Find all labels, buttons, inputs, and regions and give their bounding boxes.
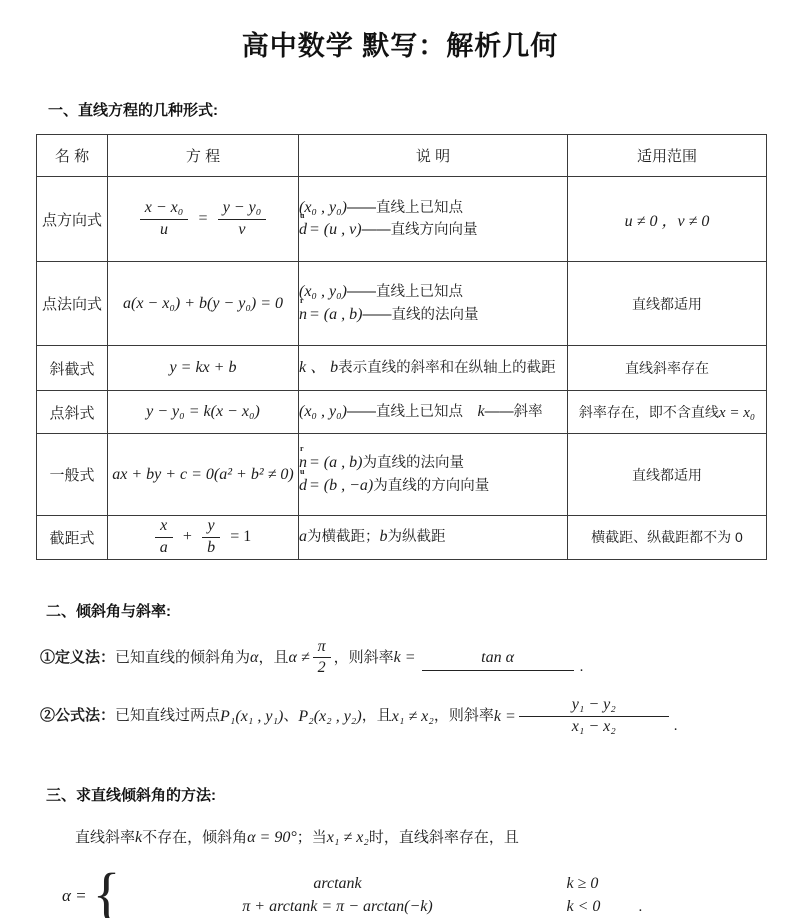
vector-arrow-mark: u [300, 468, 304, 476]
formula-method-line: ②公式法：已知直线过两点P₁(x₁ , y₁)、P₂(x₂ , y₂)，且x₁ … [40, 695, 800, 738]
period: . [674, 714, 678, 738]
fraction: y b [202, 516, 220, 559]
fraction: x a [155, 516, 173, 559]
fraction-numerator: π [313, 637, 331, 659]
table-row: 一般式 ax + by + c = 0(a² + b² ≠ 0) rn= (a … [37, 434, 767, 516]
math-text: = (a , b) [309, 306, 362, 323]
row-equation: x − x₀ u = y − y₀ v [108, 177, 299, 262]
math-text: x₁ ≠ x₂ [392, 704, 434, 730]
row-name: 点斜式 [37, 391, 108, 434]
fraction-numerator: x [155, 516, 173, 538]
fraction-numerator: x − x₀ [140, 198, 189, 220]
cn-text: ——直线方向向量 [362, 222, 478, 238]
table-row: 截距式 x a + y b = 1 a为横截距；b为纵截距 [37, 516, 767, 560]
row-explanation: (x₀ , y₀)——直线上已知点 rn= (a , b)——直线的法向量 [299, 262, 568, 346]
row-scope: 直线都适用 [568, 262, 767, 346]
math-text: k [135, 825, 142, 851]
section3-heading: 三、求直线倾斜角的方法: [46, 784, 800, 805]
cn-text: 、 [283, 704, 298, 728]
row-scope: 斜率存在，即不含直线x = x₀ [568, 391, 767, 434]
equation-text: a(x − x₀) + b(y − y₀) = 0 [123, 295, 283, 312]
vector-symbol: rn [299, 304, 307, 326]
math-text: P₁(x₁ , y₁) [220, 704, 283, 730]
math-text: (x₀ , y₀) [299, 403, 347, 420]
fraction-blank: y₁ − y₂x₁ − x₂ [519, 695, 669, 738]
section1-heading: 一、直线方程的几种形式: [48, 99, 800, 120]
page-title: 高中数学 默写：解析几何 [0, 0, 800, 63]
explanation-line: (x₀ , y₀)——直线上已知点 [299, 197, 567, 219]
fraction-numerator: y [202, 516, 220, 538]
explanation-lines: (x₀ , y₀)——直线上已知点 k——斜率 [299, 401, 567, 423]
vector-letter: n [299, 306, 307, 323]
math-text: k [477, 403, 484, 420]
cn-text: ，且 [258, 646, 288, 670]
math-text: P₂(x₂ , y₂) [298, 704, 361, 730]
fraction-denominator: a [155, 538, 173, 559]
document-page: 高中数学 默写：解析几何 一、直线方程的几种形式: 名 称 方 程 说 明 适用… [0, 0, 800, 918]
cn-text: ——直线上已知点 [347, 284, 463, 300]
scope-text: 直线都适用 [632, 296, 702, 312]
scope-text: 直线斜率存在 [625, 360, 709, 376]
fraction: π2 [313, 637, 331, 680]
explanation-lines: a为横截距；b为纵截距 [299, 526, 567, 548]
scope-text: u ≠ 0 ，v ≠ 0 [625, 213, 710, 230]
vector-arrow-mark: r [300, 445, 304, 453]
cn-text: 为纵截距 [388, 529, 446, 545]
row-equation: ax + by + c = 0(a² + b² ≠ 0) [108, 434, 299, 516]
scope-math: x = x₀ [719, 405, 755, 421]
table-header-row: 名 称 方 程 说 明 适用范围 [37, 135, 767, 177]
vector-arrow-mark: r [300, 297, 304, 305]
cn-text: 为直线的方向向量 [373, 478, 489, 494]
explanation-line: ud= (u , v)——直线方向向量 [299, 219, 567, 241]
math-text: x₁ ≠ x₂ [327, 825, 369, 851]
row-scope: 直线斜率存在 [568, 346, 767, 391]
row-equation: y = kx + b [108, 346, 299, 391]
col-header-scope: 适用范围 [568, 135, 767, 177]
period: . [639, 899, 643, 916]
cn-text: ；当 [297, 826, 327, 850]
math-text: α [250, 645, 258, 671]
formula-method-label: ②公式法： [40, 704, 115, 728]
row-explanation: a为横截距；b为纵截距 [299, 516, 568, 560]
case-rows: arctank k ≥ 0 π + arctank = π − arctan(−… [123, 875, 643, 916]
cn-text: ，则斜率 [334, 646, 394, 670]
vector-arrow-mark: u [300, 212, 304, 220]
explanation-line: rn= (a , b)——直线的法向量 [299, 304, 567, 326]
case2-condition: k < 0 [567, 898, 637, 916]
row-equation: y − y₀ = k(x − x₀) [108, 391, 299, 434]
math-text: k 、 b [299, 359, 338, 376]
row-equation: a(x − x₀) + b(y − y₀) = 0 [108, 262, 299, 346]
table-row: 斜截式 y = kx + b k 、 b表示直线的斜率和在纵轴上的截距 直线斜率… [37, 346, 767, 391]
row-name: 一般式 [37, 434, 108, 516]
cn-text: 表示直线的斜率和在纵轴上的截距 [338, 360, 556, 376]
equation-text: y = kx + b [170, 359, 237, 376]
cn-text: ——斜率 [485, 404, 543, 420]
case1-condition: k ≥ 0 [567, 875, 637, 893]
row-scope: u ≠ 0 ，v ≠ 0 [568, 177, 767, 262]
vector-letter: d [299, 221, 307, 238]
piecewise-formula: α = { arctank k ≥ 0 π + arctank = π − ar… [62, 866, 800, 918]
row-name: 点法向式 [37, 262, 108, 346]
math-text: k = [394, 645, 416, 671]
vector-symbol: ud [299, 475, 307, 497]
math-text: = (u , v) [309, 221, 362, 238]
definition-method-label: ①定义法： [40, 646, 115, 670]
row-scope: 直线都适用 [568, 434, 767, 516]
row-explanation: k 、 b表示直线的斜率和在纵轴上的截距 [299, 346, 568, 391]
row-name: 斜截式 [37, 346, 108, 391]
fraction: x − x₀ u [140, 198, 189, 241]
explanation-line: ud= (b , −a)为直线的方向向量 [299, 475, 567, 497]
vector-letter: d [299, 477, 307, 494]
fraction-denominator: v [218, 220, 267, 241]
fraction-denominator: 2 [313, 658, 331, 679]
explanation-line: k 、 b表示直线的斜率和在纵轴上的截距 [299, 357, 567, 379]
equation-rest: = 1 [230, 528, 251, 545]
math-text: (x₀ , y₀) [299, 199, 347, 216]
fraction-numerator: y₁ − y₂ [519, 695, 669, 717]
math-text: k = [494, 704, 516, 730]
explanation-lines: (x₀ , y₀)——直线上已知点 ud= (u , v)——直线方向向量 [299, 197, 567, 242]
row-explanation: (x₀ , y₀)——直线上已知点 k——斜率 [299, 391, 568, 434]
table-row: 点方向式 x − x₀ u = y − y₀ v (x₀ , y₀)——直线上已… [37, 177, 767, 262]
case-row: π + arctank = π − arctan(−k) k < 0 . [123, 898, 643, 916]
fraction-denominator: b [202, 538, 220, 559]
cn-text: 为直线的法向量 [362, 455, 464, 471]
math-text: = (a , b) [309, 454, 362, 471]
explanation-line: (x₀ , y₀)——直线上已知点 k——斜率 [299, 401, 567, 423]
vector-symbol: ud [299, 219, 307, 241]
explanation-lines: (x₀ , y₀)——直线上已知点 rn= (a , b)——直线的法向量 [299, 281, 567, 326]
math-text: = (b , −a) [309, 477, 373, 494]
row-explanation: (x₀ , y₀)——直线上已知点 ud= (u , v)——直线方向向量 [299, 177, 568, 262]
cn-text: 直线斜率 [75, 826, 135, 850]
fraction-denominator: u [140, 220, 189, 241]
math-text: (x₀ , y₀) [299, 283, 347, 300]
case-row: arctank k ≥ 0 [123, 875, 643, 893]
row-name: 截距式 [37, 516, 108, 560]
cn-text: 时，直线斜率存在，且 [369, 826, 519, 850]
equation-text: y − y₀ = k(x − x₀) [146, 403, 260, 420]
row-name: 点方向式 [37, 177, 108, 262]
row-explanation: rn= (a , b)为直线的法向量 ud= (b , −a)为直线的方向向量 [299, 434, 568, 516]
explanation-lines: rn= (a , b)为直线的法向量 ud= (b , −a)为直线的方向向量 [299, 452, 567, 497]
cn-text: 已知直线过两点 [115, 704, 220, 728]
definition-method-line: ①定义法：已知直线的倾斜角为α，且α ≠ π2 ，则斜率k = tan α . [40, 637, 800, 680]
cn-text: 已知直线的倾斜角为 [115, 646, 250, 670]
explanation-line: (x₀ , y₀)——直线上已知点 [299, 281, 567, 303]
explanation-line: a为横截距；b为纵截距 [299, 526, 567, 548]
cn-text: ——直线上已知点 [347, 404, 478, 420]
explanation-lines: k 、 b表示直线的斜率和在纵轴上的截距 [299, 357, 567, 379]
plus-sign: + [183, 528, 192, 545]
cn-text: 为横截距； [307, 529, 380, 545]
cn-text: ——直线的法向量 [362, 307, 478, 323]
fraction-denominator: x₁ − x₂ [519, 717, 669, 738]
row-equation: x a + y b = 1 [108, 516, 299, 560]
cn-text: ，且 [362, 704, 392, 728]
math-text: b [380, 528, 388, 545]
case2-formula: π + arctank = π − arctan(−k) [123, 898, 553, 916]
line-equation-table: 名 称 方 程 说 明 适用范围 点方向式 x − x₀ u = y − y₀ … [36, 134, 767, 560]
fraction-numerator: y − y₀ [218, 198, 267, 220]
period: . [580, 655, 584, 679]
math-text: α ≠ [288, 645, 309, 671]
row-scope: 横截距、纵截距都不为 0 [568, 516, 767, 560]
scope-text: 直线都适用 [632, 467, 702, 483]
cn-text: ——直线上已知点 [347, 200, 463, 216]
cn-text: 不存在，倾斜角 [142, 826, 247, 850]
col-header-equation: 方 程 [108, 135, 299, 177]
fill-in-blank: tan α [422, 645, 574, 672]
equation-text: ax + by + c = 0(a² + b² ≠ 0) [112, 466, 294, 483]
section3-body-line: 直线斜率k不存在，倾斜角α = 90°；当x₁ ≠ x₂时，直线斜率存在，且 [75, 825, 800, 851]
scope-text: 斜率存在，即不含直线 [579, 404, 719, 420]
col-header-name: 名 称 [37, 135, 108, 177]
alpha-equals: α = [62, 886, 87, 906]
fraction: y − y₀ v [218, 198, 267, 241]
equals-sign: = [198, 210, 207, 227]
left-brace: { [93, 866, 121, 918]
section2-heading: 二、倾斜角与斜率: [46, 600, 800, 621]
math-text: a [299, 528, 307, 545]
math-text: α = 90° [247, 825, 297, 851]
table-row: 点法向式 a(x − x₀) + b(y − y₀) = 0 (x₀ , y₀)… [37, 262, 767, 346]
cn-text: ，则斜率 [434, 704, 494, 728]
table-row: 点斜式 y − y₀ = k(x − x₀) (x₀ , y₀)——直线上已知点… [37, 391, 767, 434]
case1-formula: arctank [123, 875, 553, 893]
explanation-line: rn= (a , b)为直线的法向量 [299, 452, 567, 474]
col-header-explanation: 说 明 [299, 135, 568, 177]
scope-text: 横截距、纵截距都不为 0 [591, 529, 743, 545]
